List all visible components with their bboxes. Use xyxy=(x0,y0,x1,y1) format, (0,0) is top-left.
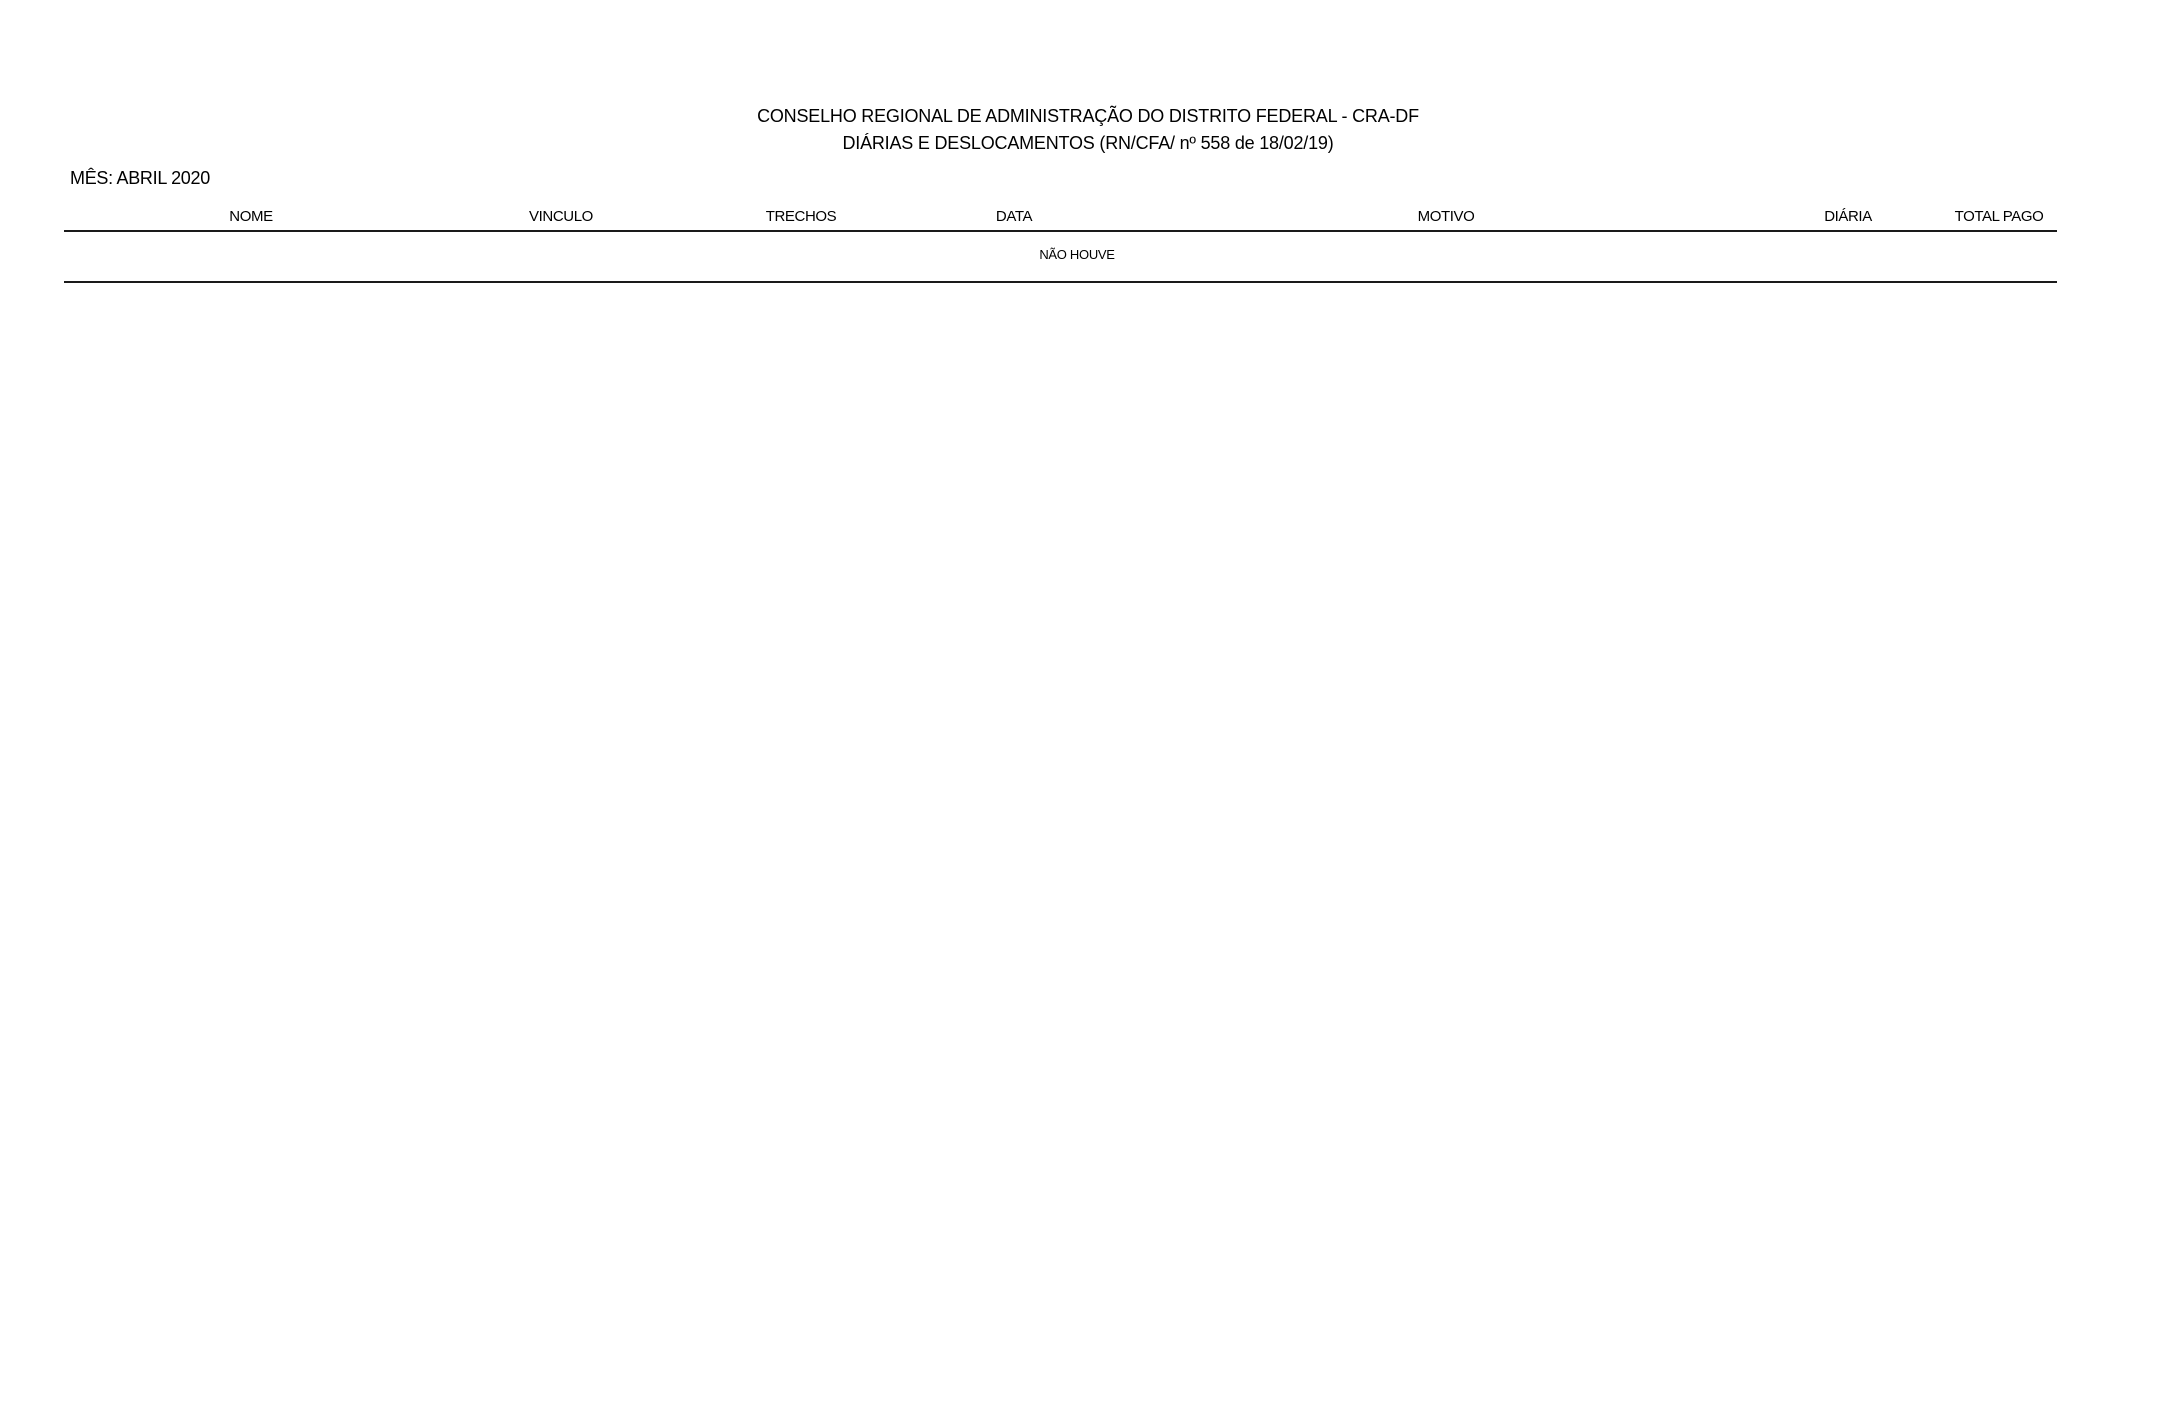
empty-table-message: NÃO HOUVE xyxy=(1039,247,1114,262)
title-line-2: DIÁRIAS E DESLOCAMENTOS (RN/CFA/ nº 558 … xyxy=(0,130,2176,157)
document-title: CONSELHO REGIONAL DE ADMINISTRAÇÃO DO DI… xyxy=(0,103,2176,157)
table-bottom-divider xyxy=(64,281,2057,283)
column-header-diaria: DIÁRIA xyxy=(1824,208,1872,225)
month-label: MÊS: ABRIL 2020 xyxy=(70,168,210,189)
column-header-total-pago: TOTAL PAGO xyxy=(1955,208,2044,225)
column-header-trechos: TRECHOS xyxy=(766,208,837,225)
column-header-motivo: MOTIVO xyxy=(1418,208,1475,225)
title-line-1: CONSELHO REGIONAL DE ADMINISTRAÇÃO DO DI… xyxy=(0,103,2176,130)
header-divider xyxy=(64,230,2057,232)
column-header-vinculo: VINCULO xyxy=(529,208,593,225)
column-header-data: DATA xyxy=(996,208,1032,225)
column-header-nome: NOME xyxy=(229,208,272,225)
